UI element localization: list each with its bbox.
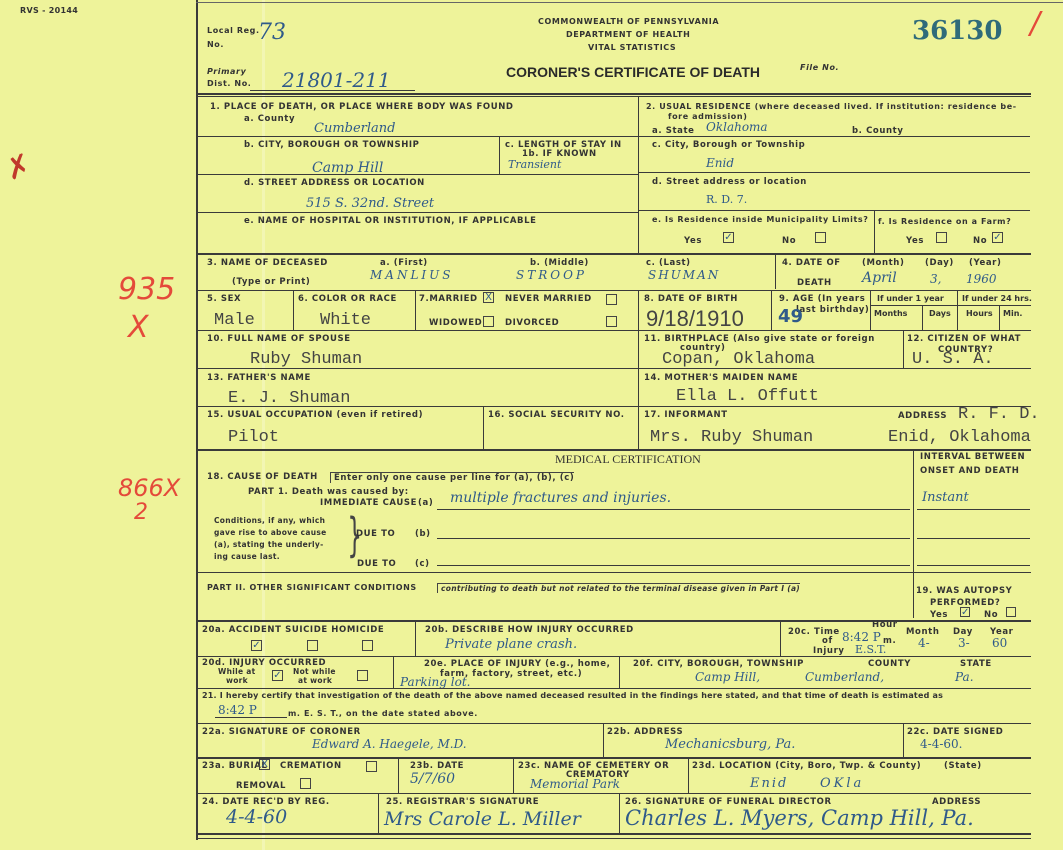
how-label: 20b. DESCRIBE HOW INJURY OCCURRED bbox=[425, 625, 634, 635]
first-label: a. (First) bbox=[380, 258, 428, 268]
residence-heading: 2. USUAL RESIDENCE (where deceased lived… bbox=[646, 102, 1017, 111]
cert-time-value: 8:42 P bbox=[218, 703, 257, 717]
local-reg-label: Local Reg. bbox=[207, 26, 260, 35]
row-line bbox=[196, 793, 1031, 794]
injury-county-value: Cumberland, bbox=[805, 670, 884, 684]
municipality-label: e. Is Residence inside Municipality Limi… bbox=[652, 215, 869, 224]
part1-label: PART 1. Death was caused by: bbox=[248, 487, 409, 497]
conditions-line-3: (a), stating the underly- bbox=[214, 539, 327, 551]
county-label: a. County bbox=[244, 114, 295, 124]
res-street-value: R. D. 7. bbox=[706, 193, 747, 206]
margin-note-935: 935 bbox=[118, 272, 175, 307]
header-divider bbox=[196, 93, 1031, 95]
not-work-checkbox[interactable] bbox=[357, 670, 368, 681]
due-to-b-label: DUE TO bbox=[356, 529, 395, 539]
widowed-checkbox[interactable] bbox=[483, 316, 494, 327]
dod-day-value: 3, bbox=[930, 272, 941, 286]
cell-divider bbox=[903, 723, 904, 757]
dod-month-value: April bbox=[862, 270, 897, 286]
last-name-value: SHUMAN bbox=[648, 268, 720, 282]
medical-heading: MEDICAL CERTIFICATION bbox=[555, 452, 701, 467]
age-label-2: last birthday) bbox=[796, 305, 869, 315]
agency-line1: COMMONWEALTH OF PENNSYLVANIA bbox=[538, 17, 719, 26]
recd-value: 4-4-60 bbox=[226, 806, 287, 828]
tz-value: E.S.T. bbox=[855, 643, 886, 656]
farm-yes-checkbox[interactable] bbox=[936, 232, 947, 243]
under-1-label: If under 1 year bbox=[877, 294, 944, 303]
interval-c-line bbox=[917, 565, 1030, 566]
row-line bbox=[638, 210, 1030, 211]
cause-b-line bbox=[437, 538, 910, 539]
injury-city-value: Camp Hill, bbox=[695, 670, 760, 684]
cell-divider bbox=[775, 254, 776, 289]
burial-date-value: 5/7/60 bbox=[410, 771, 455, 787]
form-top-edge bbox=[196, 2, 1063, 3]
cause-label: 18. CAUSE OF DEATH bbox=[207, 472, 318, 482]
conditions-line-1: Conditions, if any, which bbox=[214, 515, 327, 527]
row-line bbox=[196, 572, 1031, 573]
widowed-label: WIDOWED bbox=[429, 318, 482, 328]
first-name-value: MANLIUS bbox=[370, 268, 454, 282]
race-label: 6. COLOR OR RACE bbox=[298, 294, 397, 304]
cert-time-suffix: m. E. S. T., on the date stated above. bbox=[288, 709, 478, 718]
cell-divider bbox=[393, 656, 394, 688]
hospital-label: e. NAME OF HOSPITAL OR INSTITUTION, IF A… bbox=[244, 216, 537, 226]
county-value: Cumberland bbox=[314, 121, 395, 136]
spouse-label: 10. FULL NAME OF SPOUSE bbox=[207, 334, 351, 344]
location-value: Enid bbox=[750, 776, 788, 791]
cause-b-label: (b) bbox=[415, 529, 431, 539]
margin-mark-icon: ✗ bbox=[1, 147, 37, 188]
autopsy-no-checkbox[interactable] bbox=[1006, 607, 1016, 617]
location-label: 23d. LOCATION (City, Boro, Twp. & County… bbox=[692, 761, 921, 771]
coroner-signature-value: Edward A. Haegele, M.D. bbox=[312, 737, 467, 751]
local-reg-value: 73 bbox=[258, 20, 286, 45]
section-divider bbox=[196, 253, 1031, 255]
burial-label: 23a. BURIAL bbox=[202, 761, 267, 771]
ssn-label: 16. SOCIAL SECURITY NO. bbox=[488, 410, 625, 420]
birthplace-label: 11. BIRTHPLACE (Also give state or forei… bbox=[644, 334, 875, 344]
injury-state-value: Pa. bbox=[955, 670, 974, 684]
cause-instruction: Enter only one cause per line for (a), (… bbox=[330, 472, 574, 483]
top-right-mark: / bbox=[1030, 6, 1040, 41]
injury-label: Injury bbox=[813, 646, 845, 656]
injury-month-value: 4- bbox=[918, 636, 930, 650]
father-label: 13. FATHER'S NAME bbox=[207, 373, 311, 383]
coroner-address-value: Mechanicsburg, Pa. bbox=[665, 737, 795, 752]
day-label: (Day) bbox=[925, 258, 954, 268]
cell-divider bbox=[378, 793, 379, 833]
cell-divider bbox=[922, 305, 923, 330]
divorced-checkbox[interactable] bbox=[606, 316, 617, 327]
coroner-signature-label: 22a. SIGNATURE OF CORONER bbox=[202, 727, 361, 737]
margin-note-x: X bbox=[128, 310, 149, 345]
removal-label: REMOVAL bbox=[236, 781, 286, 791]
registrar-signature: Mrs Carole L. Miller bbox=[384, 808, 581, 830]
cert-time-line bbox=[215, 717, 287, 718]
birthplace-value: Copan, Oklahoma bbox=[662, 350, 815, 369]
conditions-text: Conditions, if any, which gave rise to a… bbox=[214, 515, 327, 563]
form-left-border bbox=[196, 0, 198, 840]
cell-divider bbox=[415, 620, 416, 656]
registrar-label: 25. REGISTRAR'S SIGNATURE bbox=[386, 797, 539, 807]
autopsy-yes-label: Yes bbox=[930, 610, 948, 620]
informant-label: 17. INFORMANT bbox=[644, 410, 728, 420]
interval-col-divider bbox=[913, 450, 914, 618]
months-label: Months bbox=[874, 309, 907, 318]
days-label: Days bbox=[929, 309, 951, 318]
cause-c-label: (c) bbox=[415, 559, 430, 569]
interval-a-line bbox=[917, 509, 1030, 510]
res-state-value: Oklahoma bbox=[706, 120, 768, 134]
how-value: Private plane crash. bbox=[445, 637, 577, 652]
middle-name-value: STROOP bbox=[516, 268, 587, 282]
row-line bbox=[196, 330, 1031, 331]
conditions-line-2: gave rise to above cause bbox=[214, 527, 327, 539]
min-label: Min. bbox=[1003, 309, 1022, 318]
margin-note-866x: 866X bbox=[118, 474, 180, 502]
burial-checkbox[interactable]: X bbox=[259, 759, 270, 770]
injury-city-label: 20f. CITY, BOROUGH, TOWNSHIP bbox=[633, 659, 804, 669]
row-line bbox=[196, 212, 638, 213]
mother-value: Ella L. Offutt bbox=[676, 387, 819, 406]
local-reg-label2: No. bbox=[207, 40, 224, 49]
not-work-label-2: at work bbox=[298, 676, 332, 685]
cell-divider bbox=[619, 793, 620, 833]
autopsy-no-label: No bbox=[984, 610, 998, 620]
street-value: 515 S. 32nd. Street bbox=[306, 196, 434, 211]
coroner-address-label: 22b. ADDRESS bbox=[607, 727, 683, 737]
location-state-value: OKla bbox=[820, 776, 864, 791]
injury-type-label: 20a. ACCIDENT SUICIDE HOMICIDE bbox=[202, 625, 384, 635]
section-divider bbox=[196, 620, 1031, 622]
location-state-label: (State) bbox=[944, 761, 982, 771]
suicide-checkbox[interactable] bbox=[307, 640, 318, 651]
row-line bbox=[638, 172, 1030, 173]
cell-divider bbox=[293, 290, 294, 330]
cell-divider bbox=[870, 290, 871, 330]
place-of-death-heading: 1. PLACE OF DEATH, OR PLACE WHERE BODY W… bbox=[210, 102, 514, 112]
cause-a-value: multiple fractures and injuries. bbox=[450, 490, 671, 506]
farm-label: f. Is Residence on a Farm? bbox=[878, 217, 1011, 226]
row-line bbox=[638, 136, 1030, 137]
age-label: 9. AGE (In years bbox=[779, 294, 865, 304]
cell-divider bbox=[415, 290, 416, 330]
farm-no-label: No bbox=[973, 236, 987, 246]
place-value: Parking lot. bbox=[400, 675, 470, 689]
cremation-checkbox[interactable] bbox=[366, 761, 377, 772]
row-line bbox=[196, 723, 1031, 724]
while-work-label-2: work bbox=[226, 676, 248, 685]
married-checkbox[interactable]: X bbox=[483, 292, 494, 303]
cell-divider bbox=[874, 210, 875, 254]
row-line bbox=[870, 305, 1031, 306]
dod-label-2: DEATH bbox=[797, 278, 832, 288]
dod-year-value: 1960 bbox=[966, 272, 997, 286]
sex-label: 5. SEX bbox=[207, 294, 241, 304]
cell-divider bbox=[780, 620, 781, 656]
row-line bbox=[196, 290, 1031, 291]
hour-value: 8:42 P bbox=[842, 630, 881, 644]
due-to-c-label: DUE TO bbox=[357, 559, 396, 569]
cell-divider bbox=[499, 136, 500, 174]
divorced-label: DIVORCED bbox=[505, 318, 559, 328]
dod-label: 4. DATE OF bbox=[782, 258, 841, 268]
res-city-label: c. City, Borough or Township bbox=[652, 140, 805, 150]
municipality-no-checkbox[interactable] bbox=[815, 232, 826, 243]
row-line bbox=[196, 688, 1031, 689]
informant-address-line2: Enid, Oklahoma bbox=[888, 428, 1031, 447]
certification-statement: 21. I hereby certify that investigation … bbox=[202, 691, 943, 700]
yes-label: Yes bbox=[684, 236, 702, 246]
page-title: CORONER'S CERTIFICATE OF DEATH bbox=[506, 64, 760, 80]
cell-divider bbox=[771, 290, 772, 330]
injury-year-value: 60 bbox=[992, 636, 1007, 650]
row-line bbox=[196, 136, 638, 137]
interval-a-value: Instant bbox=[922, 490, 969, 505]
cemetery-value: Memorial Park bbox=[530, 777, 620, 791]
injury-county-label: COUNTY bbox=[868, 659, 911, 669]
citizen-label: 12. CITIZEN OF WHAT bbox=[907, 334, 1021, 344]
primary-dist-label: Primary bbox=[207, 67, 246, 76]
never-married-label: NEVER MARRIED bbox=[505, 294, 592, 304]
file-number: 36130 bbox=[912, 16, 1002, 46]
married-label: 7.MARRIED bbox=[419, 294, 478, 304]
dob-value: 9/18/1910 bbox=[646, 306, 744, 332]
cell-divider bbox=[999, 305, 1000, 330]
cause-a-label: (a) bbox=[418, 498, 433, 508]
row-line bbox=[196, 174, 638, 175]
date-signed-value: 4-4-60. bbox=[920, 737, 962, 751]
under-24-label: If under 24 hrs. bbox=[962, 294, 1032, 303]
interval-label-2: ONSET AND DEATH bbox=[920, 466, 1019, 476]
section-divider bbox=[196, 757, 1031, 759]
part2-label: PART II. OTHER SIGNIFICANT CONDITIONS bbox=[207, 583, 417, 592]
cell-divider bbox=[688, 757, 689, 793]
no-label: No bbox=[782, 236, 796, 246]
immediate-cause-label: IMMEDIATE CAUSE bbox=[320, 498, 417, 508]
hour-label: Hour bbox=[872, 620, 898, 630]
place-label: 20e. PLACE OF INJURY (e.g., home, bbox=[424, 659, 610, 669]
farm-no-checkbox[interactable]: ✓ bbox=[992, 232, 1003, 243]
last-label: c. (Last) bbox=[646, 258, 691, 268]
agency-line2: DEPARTMENT OF HEALTH bbox=[566, 30, 690, 39]
file-no-label: File No. bbox=[800, 63, 839, 72]
form-code: RVS - 20144 bbox=[20, 6, 78, 15]
age-value: 49 bbox=[778, 306, 803, 327]
injury-day-value: 3- bbox=[958, 636, 970, 650]
occupation-label: 15. USUAL OCCUPATION (even if retired) bbox=[207, 410, 423, 420]
city-label: b. CITY, BOROUGH OR TOWNSHIP bbox=[244, 140, 420, 150]
of-label: of bbox=[822, 636, 833, 646]
never-married-checkbox[interactable] bbox=[606, 294, 617, 305]
section-divider bbox=[196, 449, 1031, 451]
cell-divider bbox=[957, 290, 958, 330]
row-line bbox=[196, 656, 1031, 657]
mother-label: 14. MOTHER'S MAIDEN NAME bbox=[644, 373, 798, 383]
removal-checkbox[interactable] bbox=[300, 778, 311, 789]
sex-value: Male bbox=[214, 311, 255, 330]
farm-yes-label: Yes bbox=[906, 236, 924, 246]
cell-divider bbox=[483, 406, 484, 450]
name-label: 3. NAME OF DECEASED bbox=[207, 258, 328, 268]
while-work-label: While at bbox=[218, 667, 256, 676]
cell-divider bbox=[619, 656, 620, 688]
interval-label: INTERVAL BETWEEN bbox=[920, 452, 1025, 462]
month-label: (Month) bbox=[862, 258, 904, 268]
cell-divider bbox=[513, 757, 514, 793]
cause-a-line bbox=[437, 509, 910, 510]
spouse-value: Ruby Shuman bbox=[250, 350, 362, 369]
cremation-label: CREMATION bbox=[280, 761, 342, 771]
injury-state-label: STATE bbox=[960, 659, 992, 669]
margin-note-2: 2 bbox=[134, 500, 148, 525]
col-divider-1 bbox=[638, 96, 639, 254]
dob-label: 8. DATE OF BIRTH bbox=[644, 294, 738, 304]
stay-value: Transient bbox=[508, 158, 561, 171]
res-city-value: Enid bbox=[706, 156, 734, 170]
while-work-checkbox[interactable]: ✓ bbox=[272, 670, 283, 681]
street-label: d. STREET ADDRESS OR LOCATION bbox=[244, 178, 425, 188]
race-value: White bbox=[320, 311, 371, 330]
res-county-label: b. County bbox=[852, 126, 903, 136]
year-label: (Year) bbox=[969, 258, 1001, 268]
col-divider-2 bbox=[638, 290, 639, 450]
row-line bbox=[196, 406, 1031, 407]
res-state-label: a. State bbox=[652, 126, 694, 136]
form-bottom-border-2 bbox=[196, 838, 1031, 839]
conditions-line-4: ing cause last. bbox=[214, 551, 327, 563]
cell-divider bbox=[398, 757, 399, 793]
agency-line3: VITAL STATISTICS bbox=[588, 43, 676, 52]
primary-dist-value: 21801-211 bbox=[282, 68, 391, 92]
not-work-label: Not while bbox=[293, 667, 336, 676]
cell-divider bbox=[603, 723, 604, 757]
part2-instruction: contributing to death but not related to… bbox=[437, 583, 800, 593]
occupation-value: Pilot bbox=[228, 428, 279, 447]
informant-address-line1: R. F. D. bbox=[958, 405, 1040, 424]
cell-divider bbox=[903, 330, 904, 368]
date-signed-label: 22c. DATE SIGNED bbox=[907, 727, 1003, 737]
middle-label: b. (Middle) bbox=[530, 258, 589, 268]
interval-b-line bbox=[917, 538, 1030, 539]
citizen-value: U. S. A. bbox=[912, 350, 994, 369]
homicide-checkbox[interactable] bbox=[362, 640, 373, 651]
accident-checkbox[interactable]: ✓ bbox=[251, 640, 262, 651]
type-print-label: (Type or Print) bbox=[232, 277, 310, 287]
informant-value: Mrs. Ruby Shuman bbox=[650, 428, 813, 447]
primary-dist-underline bbox=[250, 90, 415, 91]
burial-date-label: 23b. DATE bbox=[410, 761, 464, 771]
municipality-yes-checkbox[interactable]: ✓ bbox=[723, 232, 734, 243]
row-line bbox=[196, 368, 1031, 369]
hours-label: Hours bbox=[966, 309, 993, 318]
res-street-label: d. Street address or location bbox=[652, 177, 807, 187]
informant-address-label: ADDRESS bbox=[898, 411, 947, 421]
form-bottom-border bbox=[196, 833, 1031, 835]
cause-c-line bbox=[437, 565, 910, 566]
autopsy-yes-checkbox[interactable]: ✓ bbox=[960, 607, 970, 617]
primary-dist-label2: Dist. No. bbox=[207, 79, 251, 88]
autopsy-label: 19. WAS AUTOPSY bbox=[916, 586, 1012, 596]
funeral-director-signature: Charles L. Myers, Camp Hill, Pa. bbox=[625, 806, 974, 830]
header-divider-2 bbox=[196, 96, 1031, 97]
